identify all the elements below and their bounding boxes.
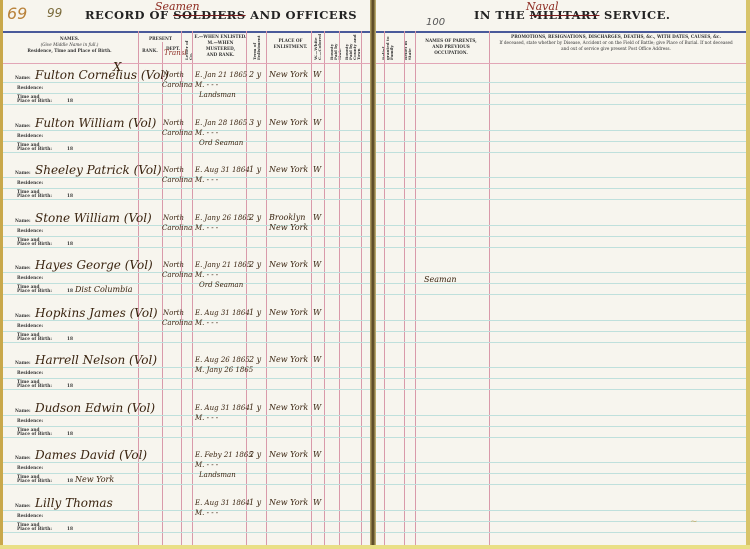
- residence-label: Residence:: [17, 182, 43, 187]
- year-prefix: 18: [67, 290, 73, 295]
- header-promotions: PROMOTIONS, RESIGNATIONS, DISCHARGES, DE…: [496, 34, 736, 52]
- birthplace: Dist Columbia: [75, 285, 133, 294]
- residence-label: Residence:: [17, 325, 43, 330]
- page-title-left: RECORD OF SOLDIERS AND OFFICERS: [85, 8, 357, 22]
- enlisted-date: E. Jany 26 1865: [195, 214, 251, 222]
- table-row: Name: Harrell Nelson (Vol) Residence: Ti…: [3, 351, 372, 401]
- mustered-date: M. - - -: [195, 319, 218, 327]
- color-code: W: [313, 165, 321, 174]
- year-prefix: 18: [67, 433, 73, 438]
- place-of-enlistment: New York: [269, 403, 313, 413]
- place-of-birth-label: Place of Birth:: [17, 100, 52, 105]
- term: 1 y: [249, 403, 261, 412]
- table-row-right: Seaman: [374, 256, 750, 306]
- header-place-2: ENLISTMENT.: [268, 44, 313, 50]
- header-names: NAMES. (Give Middle Name in full.) Resid…: [3, 36, 136, 54]
- header-rank: RANK.: [138, 48, 162, 54]
- enlisted-date: E. Feby 21 1865: [195, 451, 253, 459]
- page-edge: [0, 545, 750, 549]
- entry-name: Dudson Edwin (Vol): [35, 401, 155, 415]
- dept-line2: Carolina: [162, 271, 192, 279]
- table-row: Name: Lilly Thomas Residence: Time and P…: [3, 494, 372, 544]
- mustered-date: M. - - -: [195, 176, 218, 184]
- birthplace: New York: [75, 475, 114, 484]
- term: 2 y: [249, 260, 261, 269]
- year-prefix: 18: [67, 100, 73, 105]
- residence-label: Residence:: [17, 467, 43, 472]
- mustered-date: M. - - -: [195, 129, 218, 137]
- page-number-alt: 99: [47, 6, 62, 20]
- faint-marking: ~: [690, 517, 698, 527]
- rank: Landsman: [199, 471, 236, 479]
- entry-name: Sheeley Patrick (Vol): [35, 163, 162, 177]
- term: 2 y: [249, 355, 261, 364]
- rank: Ord Seaman: [199, 281, 243, 289]
- header-mustered-line: M.—WHEN MUSTERED,: [193, 40, 248, 52]
- book-spine: [370, 0, 376, 549]
- header-relief-state: Relief in State: [404, 34, 412, 60]
- header-bounty-county: Bounty Paid by County and Town: [345, 34, 361, 60]
- enlisted-date: E. Aug 31 1864: [195, 166, 250, 174]
- place-of-enlistment: New York: [269, 355, 313, 365]
- place-of-birth-label: Place of Birth:: [17, 385, 52, 390]
- title-correction: Seamen: [155, 0, 200, 13]
- header-bounty-state: Bounty Paid by State: [330, 34, 342, 60]
- header-names-sub2: Residence, Time and Place of Birth.: [3, 48, 136, 54]
- entry-name: Lilly Thomas: [35, 496, 113, 510]
- mustered-date: M. - - -: [195, 271, 218, 279]
- header-rule: [3, 31, 372, 33]
- place-of-birth-label: Place of Birth:: [17, 148, 52, 153]
- term: 3 y: [249, 118, 261, 127]
- place-of-birth-label: Place of Birth:: [17, 338, 52, 343]
- name-label: Name:: [15, 505, 31, 510]
- color-code: W: [313, 260, 321, 269]
- header-enlisted: E.—WHEN ENLISTED. M.—WHEN MUSTERED, AND …: [193, 34, 248, 58]
- table-row: Name: Fulton Cornelius (Vol) X Residence…: [3, 66, 372, 116]
- term: 2 y: [249, 70, 261, 79]
- header-and-rank: AND RANK.: [193, 52, 248, 58]
- residence-label: Residence:: [17, 135, 43, 140]
- place-of-enlistment: New York: [269, 308, 313, 318]
- mustered-date: M. - - -: [195, 461, 218, 469]
- year-prefix: 18: [67, 338, 73, 343]
- mustered-date: M. Jany 26 1865: [195, 366, 253, 374]
- entry-name: Dames David (Vol): [35, 448, 147, 462]
- place-of-birth-label: Place of Birth:: [17, 528, 52, 533]
- table-row-right: [374, 399, 750, 449]
- title-correction: Naval: [526, 0, 558, 13]
- name-label: Name:: [15, 362, 31, 367]
- residence-label: Residence:: [17, 372, 43, 377]
- color-code: W: [313, 118, 321, 127]
- place-of-enlistment: New York: [269, 260, 313, 270]
- residence-label: Residence:: [17, 87, 43, 92]
- mustered-date: M. - - -: [195, 509, 218, 517]
- place-of-birth-label: Place of Birth:: [17, 290, 52, 295]
- place-of-birth-label: Place of Birth:: [17, 243, 52, 248]
- name-label: Name:: [15, 315, 31, 320]
- dept-line2: Carolina: [162, 81, 192, 89]
- page-number: 100: [426, 17, 445, 28]
- place-of-enlistment: New York: [269, 118, 313, 128]
- rank: Ord Seaman: [199, 139, 243, 147]
- title-suffix: AND OFFICERS: [250, 8, 357, 22]
- table-row-right: [374, 114, 750, 164]
- year-prefix: 18: [67, 148, 73, 153]
- term: 2 y: [249, 213, 261, 222]
- enlisted-date: E. Jan 21 1865: [195, 71, 247, 79]
- header-rule: [374, 31, 746, 33]
- place-of-enlistment: New York: [269, 165, 313, 175]
- name-label: Name:: [15, 457, 31, 462]
- page-number: 69: [7, 4, 27, 23]
- year-prefix: 18: [67, 195, 73, 200]
- place-of-birth-label: Place of Birth:: [17, 480, 52, 485]
- table-row-right: [374, 161, 750, 211]
- enlisted-date: E. Aug 26 1865: [195, 356, 250, 364]
- entry-name: Hopkins James (Vol): [35, 306, 158, 320]
- table-row: Name: Fulton William (Vol) Residence: Ti…: [3, 114, 372, 164]
- table-row-right: [374, 304, 750, 354]
- enlisted-date: E. Jany 21 1865: [195, 261, 251, 269]
- table-row: Name: Hopkins James (Vol) Residence: Tim…: [3, 304, 372, 354]
- header-bottom-rule: [374, 63, 746, 64]
- dept-line1: North: [163, 309, 184, 317]
- header-bottom-rule: [3, 63, 372, 64]
- residence-label: Residence:: [17, 515, 43, 520]
- header-present: PRESENT: [138, 36, 183, 42]
- place-of-birth-label: Place of Birth:: [17, 195, 52, 200]
- check-mark: X: [113, 60, 122, 74]
- name-label: Name:: [15, 125, 31, 130]
- name-label: Name:: [15, 172, 31, 177]
- residence-label: Residence:: [17, 277, 43, 282]
- table-row: Name: Hayes George (Vol) Residence: Time…: [3, 256, 372, 306]
- title-suffix: SERVICE.: [604, 8, 670, 22]
- place-of-birth-label: Place of Birth:: [17, 433, 52, 438]
- previous-occupation: Seaman: [424, 275, 457, 284]
- color-code: W: [313, 213, 321, 222]
- name-label: Name:: [15, 410, 31, 415]
- mustered-date: M. - - -: [195, 81, 218, 89]
- color-code: W: [313, 450, 321, 459]
- entry-name: Stone William (Vol): [35, 211, 152, 225]
- table-row: Name: Sheeley Patrick (Vol) Residence: T…: [3, 161, 372, 211]
- header-parents: NAMES OF PARENTS, AND PREVIOUS OCCUPATIO…: [416, 38, 486, 56]
- header-parents-2: AND PREVIOUS OCCUPATION.: [416, 44, 486, 56]
- term: 1 y: [249, 308, 261, 317]
- right-page: IN THE MILITARY SERVICE. Naval 100 Relie…: [374, 0, 750, 547]
- dept-line1: North: [163, 261, 184, 269]
- header-term: Term of Enlistment: [253, 34, 261, 60]
- table-row-right: [374, 209, 750, 259]
- dept-line2: Carolina: [162, 129, 192, 137]
- place-of-enlistment: New York: [269, 498, 313, 508]
- left-page: 69 99 RECORD OF SOLDIERS AND OFFICERS Se…: [0, 0, 372, 547]
- year-prefix: 18: [67, 243, 73, 248]
- year-prefix: 18: [67, 480, 73, 485]
- name-label: Name:: [15, 77, 31, 82]
- dept-line2: Carolina: [162, 224, 192, 232]
- entry-name: Fulton William (Vol): [35, 116, 156, 130]
- dept-line1: North: [163, 71, 184, 79]
- enlisted-date: E. Aug 31 1864: [195, 404, 250, 412]
- residence-label: Residence:: [17, 230, 43, 235]
- header-color: W.—White C.—Colored: [314, 34, 322, 60]
- rank: Landsman: [199, 91, 236, 99]
- title-prefix: IN THE: [474, 8, 525, 22]
- dept-line2: Carolina: [162, 176, 192, 184]
- year-prefix: 18: [67, 528, 73, 533]
- table-row-right: [374, 351, 750, 401]
- residence-label: Residence:: [17, 420, 43, 425]
- color-code: W: [313, 498, 321, 507]
- entry-name: Harrell Nelson (Vol): [35, 353, 157, 367]
- dept-line1: North: [163, 214, 184, 222]
- page-title-right: IN THE MILITARY SERVICE.: [474, 8, 670, 22]
- mustered-date: M. - - -: [195, 414, 218, 422]
- term: 2 y: [249, 450, 261, 459]
- place-of-enlistment: New York: [269, 70, 313, 80]
- name-label: Name:: [15, 267, 31, 272]
- table-row: Name: Stone William (Vol) Residence: Tim…: [3, 209, 372, 259]
- table-row: Name: Dudson Edwin (Vol) Residence: Time…: [3, 399, 372, 449]
- enlisted-date: E. Aug 31 1864: [195, 499, 250, 507]
- place-of-enlistment: New York: [269, 450, 313, 460]
- dept-line1: North: [163, 119, 184, 127]
- year-prefix: 18: [67, 385, 73, 390]
- enlisted-date: E. Jan 28 1865: [195, 119, 247, 127]
- dept-line2: Carolina: [162, 319, 192, 327]
- term: 1 y: [249, 498, 261, 507]
- place-of-enlistment: Brooklyn New York: [269, 213, 313, 233]
- term: 1 y: [249, 165, 261, 174]
- table-row-right: [374, 446, 750, 496]
- table-row-right: [374, 66, 750, 116]
- color-code: W: [313, 70, 321, 79]
- name-label: Name:: [15, 220, 31, 225]
- header-promotions-2: If deceased, state whether by Disease, A…: [496, 40, 736, 52]
- dept-line1: North: [163, 166, 184, 174]
- mustered-date: M. - - -: [195, 224, 218, 232]
- header-place: PLACE OF ENLISTMENT.: [268, 38, 313, 50]
- entry-name: Fulton Cornelius (Vol): [35, 68, 169, 82]
- table-row: Name: Dames David (Vol) Residence: Time …: [3, 446, 372, 496]
- color-code: W: [313, 403, 321, 412]
- color-code: W: [313, 308, 321, 317]
- entry-name: Hayes George (Vol): [35, 258, 153, 272]
- enlisted-date: E. Aug 31 1864: [195, 309, 250, 317]
- color-code: W: [313, 355, 321, 364]
